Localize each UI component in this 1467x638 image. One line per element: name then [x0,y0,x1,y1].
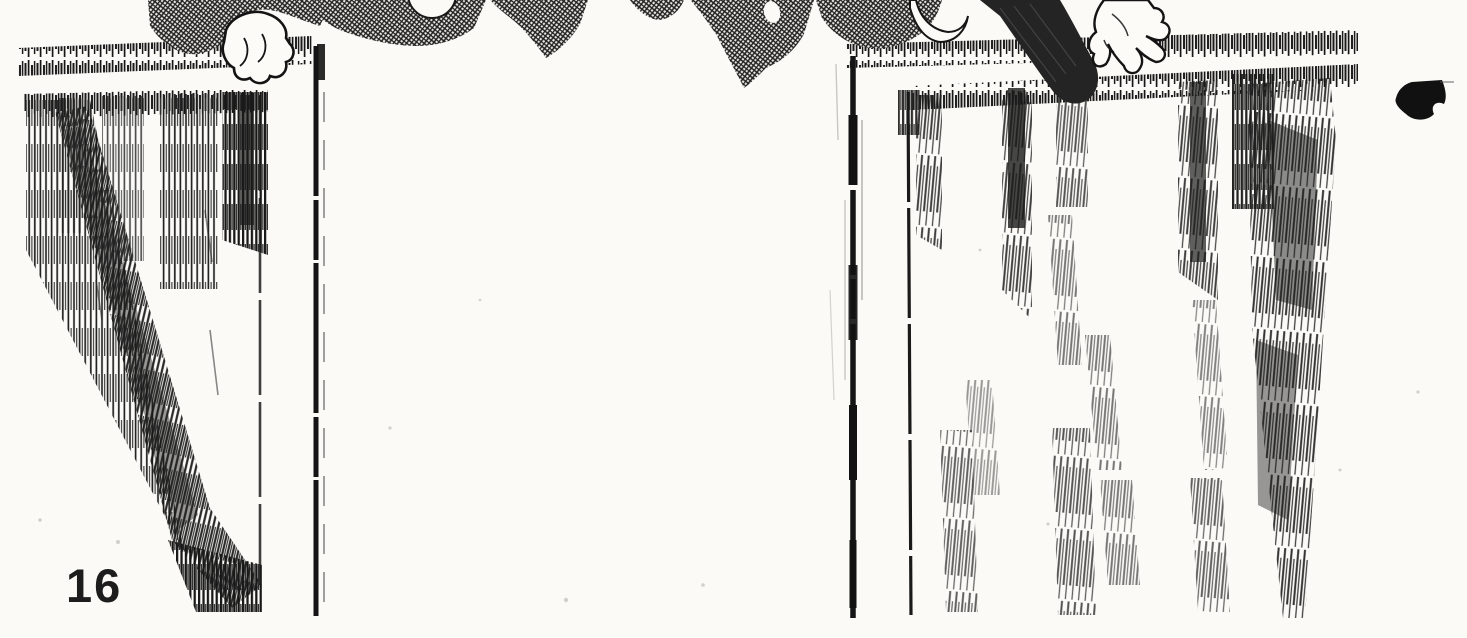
right-panel-streak-column [1056,92,1088,207]
cartoon-illustration: 16 [0,0,1467,638]
left-panel-dark-core [240,95,254,225]
left-hand [223,12,294,83]
right-panel-sleeve-shadow [1008,88,1025,228]
scanned-cartoon-page: 16 [0,0,1467,638]
left-panel-streak-column [160,94,218,289]
right-panel-dark-core [1190,82,1206,262]
left-panel-streak-column [102,96,144,261]
right-panel-edge-dark-cluster [1268,120,1318,310]
right-hand [1089,0,1170,73]
left-panel-streak-column [58,98,84,233]
page-number: 16 [66,559,122,612]
right-panel-streak-column [916,95,942,250]
